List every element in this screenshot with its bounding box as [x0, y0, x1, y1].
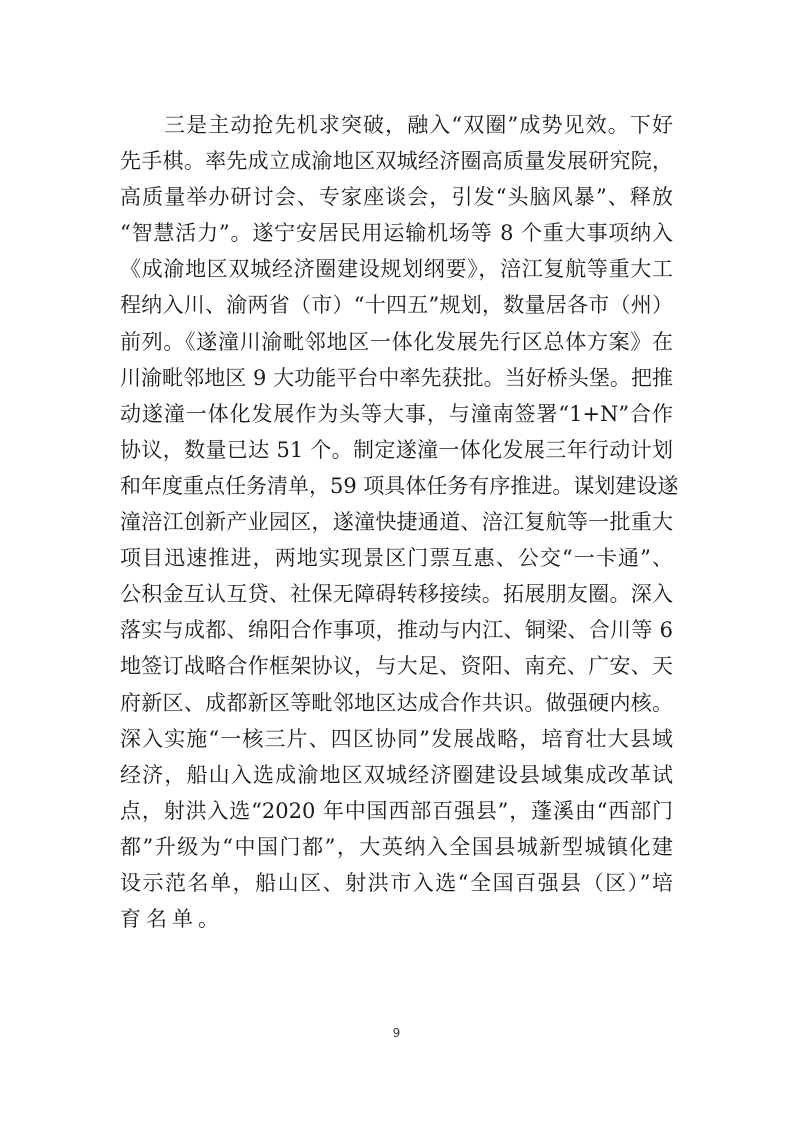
paragraph-line: 前列。《遂潼川渝毗邻地区一体化发展先行区总体方案》在 — [120, 324, 673, 360]
paragraph-line: 点，射洪入选“2020 年中国西部百强县”，蓬溪由“西部门 — [120, 793, 673, 829]
paragraph-line: 公积金互认互贷、社保无障碍转移接续。拓展朋友圈。深入 — [120, 576, 673, 612]
paragraph-line: 设示范名单，船山区、射洪市入选“全国百强县（区）”培 — [120, 865, 673, 901]
paragraph-line: 程纳入川、渝两省（市）“十四五”规划，数量居各市（州） — [120, 287, 673, 323]
page-number: 9 — [0, 1026, 793, 1040]
paragraph-line: 育名单。 — [120, 901, 673, 937]
paragraph-line: 川渝毗邻地区 9 大功能平台中率先获批。当好桥头堡。把推 — [120, 360, 673, 396]
paragraph-line: 和年度重点任务清单，59 项具体任务有序推进。谋划建设遂 — [120, 468, 673, 504]
paragraph-line: 深入实施“一核三片、四区协同”发展战略，培育壮大县域 — [120, 721, 673, 757]
paragraph-line: 府新区、成都新区等毗邻地区达成合作共识。做强硬内核。 — [120, 685, 673, 721]
paragraph-line: 落实与成都、绵阳合作事项，推动与内江、铜梁、合川等 6 — [120, 612, 673, 648]
paragraph-line: 高质量举办研讨会、专家座谈会，引发“头脑风暴”、释放 — [120, 179, 673, 215]
paragraph-line: 三是主动抢先机求突破，融入“双圈”成势见效。下好 — [120, 107, 673, 143]
paragraph-line: 项目迅速推进，两地实现景区门票互惠、公交“一卡通”、 — [120, 540, 673, 576]
paragraph-line: 协议，数量已达 51 个。制定遂潼一体化发展三年行动计划 — [120, 432, 673, 468]
paragraph-line: “智慧活力”。遂宁安居民用运输机场等 8 个重大事项纳入 — [120, 215, 673, 251]
document-page: 三是主动抢先机求突破，融入“双圈”成势见效。下好 先手棋。率先成立成渝地区双城经… — [0, 0, 793, 1122]
paragraph-line: 《成渝地区双城经济圈建设规划纲要》，涪江复航等重大工 — [120, 251, 673, 287]
paragraph-line: 动遂潼一体化发展作为头等大事，与潼南签署“1+N”合作 — [120, 396, 673, 432]
paragraph-line: 先手棋。率先成立成渝地区双城经济圈高质量发展研究院， — [120, 143, 673, 179]
paragraph-line: 经济，船山入选成渝地区双城经济圈建设县域集成改革试 — [120, 757, 673, 793]
paragraph-line: 地签订战略合作框架协议，与大足、资阳、南充、广安、天 — [120, 648, 673, 684]
body-paragraph: 三是主动抢先机求突破，融入“双圈”成势见效。下好 先手棋。率先成立成渝地区双城经… — [120, 107, 673, 937]
paragraph-line: 都”升级为“中国门都”，大英纳入全国县城新型城镇化建 — [120, 829, 673, 865]
paragraph-line: 潼涪江创新产业园区，遂潼快捷通道、涪江复航等一批重大 — [120, 504, 673, 540]
